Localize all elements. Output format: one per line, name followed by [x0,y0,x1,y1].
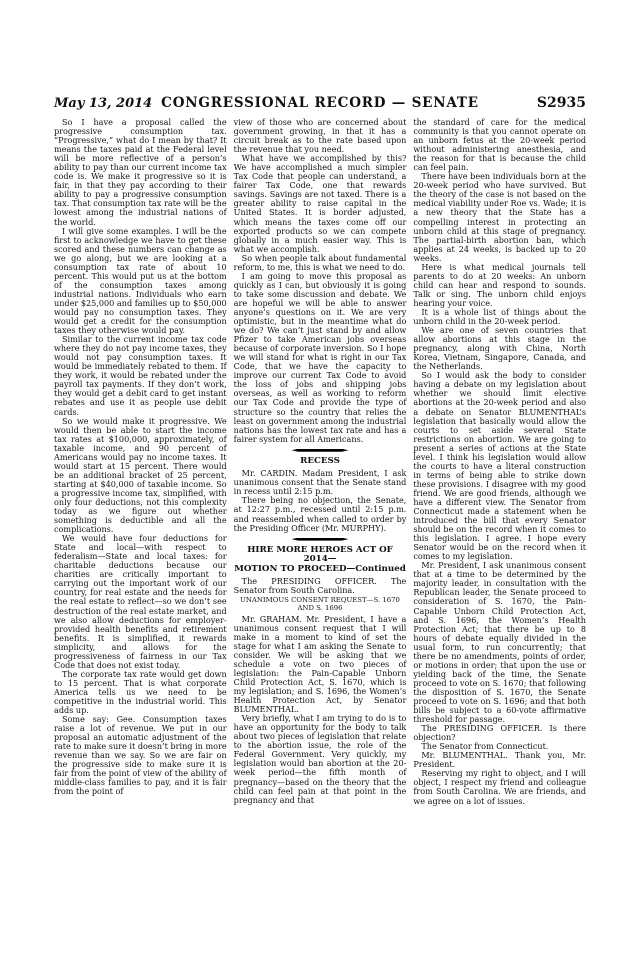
paragraph: I will give some examples. I will be the… [54,227,227,336]
congressional-record-page: May 13, 2014 CONGRESSIONAL RECORD — SENA… [0,0,640,960]
paragraph: I am going to move this proposal as quic… [234,272,407,444]
paragraph: Here is what medical journals tell paren… [413,263,586,308]
paragraph: The PRESIDING OFFICER. Is there objectio… [413,724,586,742]
subsection-heading: UNANIMOUS CONSENT REQUEST—S. 1670 AND S.… [240,597,401,612]
paragraph: Reserving my right to object, and I will… [413,769,586,805]
paragraph: What have we accomplished by this? We ha… [234,154,407,254]
paragraph: So I have a proposal called the progress… [54,118,227,227]
paragraph: So when people talk about fundamental re… [234,254,407,272]
paragraph: Mr. GRAHAM. Mr. President, I have a unan… [234,615,407,715]
paragraph: Mr. BLUMENTHAL. Thank you, Mr. President… [413,751,586,769]
paragraph: So we would make it progressive. We woul… [54,417,227,535]
column-3: the standard of care for the medical com… [413,118,586,806]
paragraph: We are one of seven countries that allow… [413,326,586,371]
paragraph: It is a whole list of things about the u… [413,308,586,326]
column-2: view of those who are concerned about go… [234,118,407,805]
section-heading: HIRE MORE HEROES ACT OF 2014— MOTION TO … [234,546,407,575]
publication-title: CONGRESSIONAL RECORD — SENATE [161,95,479,111]
paragraph: The PRESIDING OFFICER. The Senator from … [234,577,407,595]
paragraph: Very briefly, what I am trying to do is … [234,714,407,804]
paragraph: Similar to the current income tax code w… [54,335,227,416]
paragraph: The corporate tax rate would get down to… [54,670,227,715]
paragraph: Mr. President, I ask unanimous consent t… [413,561,586,724]
masthead: May 13, 2014 CONGRESSIONAL RECORD — SENA… [0,95,640,111]
column-1: So I have a proposal called the progress… [54,118,227,797]
section-divider [292,449,349,452]
paragraph: So I would ask the body to consider havi… [413,371,586,561]
section-heading: RECESS [234,457,407,467]
paragraph: Some say: Gee. Consumption taxes raise a… [54,715,227,796]
paragraph: There being no objection, the Senate, at… [234,496,407,532]
section-divider [292,538,349,541]
paragraph: the standard of care for the medical com… [413,118,586,172]
text-columns: So I have a proposal called the progress… [0,118,640,806]
issue-date: May 13, 2014 [54,96,161,111]
paragraph: We would have four deductions for State … [54,534,227,670]
page-number: S2935 [479,95,586,111]
paragraph: view of those who are concerned about go… [234,118,407,154]
paragraph: Mr. CARDIN. Madam President, I ask unani… [234,469,407,496]
paragraph: There have been individuals born at the … [413,172,586,262]
